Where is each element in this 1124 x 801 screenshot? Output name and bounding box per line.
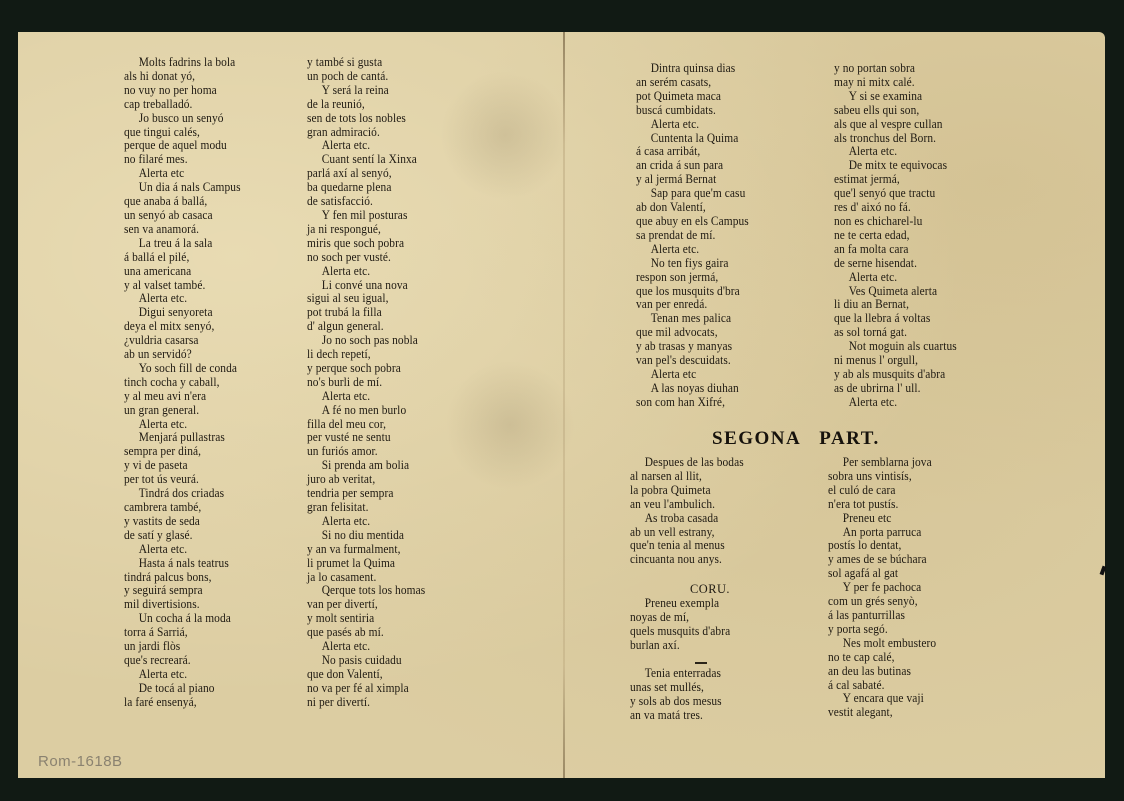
verse-line: Preneu exempla: [630, 597, 730, 611]
verse-line: gran felisitat.: [307, 501, 425, 515]
verse-line: Alerta etc.: [834, 145, 957, 159]
verse-line: y ab als musquits d'abra: [834, 368, 957, 382]
verse-line: de la reunió,: [307, 98, 425, 112]
verse-line: Alerta etc.: [307, 515, 425, 529]
verse-line: noyas de mí,: [630, 611, 730, 625]
verse-line: Alerta etc.: [307, 139, 425, 153]
verse-line: deya el mitx senyó,: [124, 320, 241, 334]
verse-line: la faré ensenyá,: [124, 696, 241, 710]
verse-line: y vi de paseta: [124, 459, 241, 473]
verse-line: miris que soch pobra: [307, 237, 425, 251]
verse-line: y ames de se búchara: [828, 553, 936, 567]
verse-line: y també si gusta: [307, 56, 425, 70]
verse-line: Alerta etc.: [307, 265, 425, 279]
verse-line: una americana: [124, 265, 241, 279]
verse-line: Si prenda am bolia: [307, 459, 425, 473]
verse-line: Molts fadrins la bola: [124, 56, 241, 70]
verse-line: Tenia enterradas: [630, 667, 722, 681]
verse-line: son com han Xifré,: [636, 396, 749, 410]
verse-line: as sol torná gat.: [834, 326, 957, 340]
section-title: SEGONAPART.: [712, 428, 898, 450]
verse-line: pot Quimeta maca: [636, 90, 749, 104]
verse-line: ab un vell estrany,: [630, 526, 744, 540]
verse-line: un poch de cantá.: [307, 70, 425, 84]
verse-line: van per enredá.: [636, 298, 749, 312]
verse-line: sen va anamorá.: [124, 223, 241, 237]
verse-line: de serne hisendat.: [834, 257, 957, 271]
verse-line: y an va furmalment,: [307, 543, 425, 557]
verse-line: Not moguin als cuartus: [834, 340, 957, 354]
verse-line: que pasés ab mí.: [307, 626, 425, 640]
verse-line: no va per fé al ximpla: [307, 682, 425, 696]
verse-line: un senyó ab casaca: [124, 209, 241, 223]
verse-line: A fé no men burlo: [307, 404, 425, 418]
verse-line: cambrera també,: [124, 501, 241, 515]
verse-line: el culó de cara: [828, 484, 936, 498]
verse-line: Qerque tots los homas: [307, 584, 425, 598]
verse-line: perque de aquel modu: [124, 139, 241, 153]
verse-line: La treu á la sala: [124, 237, 241, 251]
verse-line: ab don Valentí,: [636, 201, 749, 215]
show-through-stain: [445, 360, 575, 490]
verse-line: an va matá tres.: [630, 709, 722, 723]
verse-line: y al jermá Bernat: [636, 173, 749, 187]
verse-line: De tocá al piano: [124, 682, 241, 696]
verse-line: d' algun general.: [307, 320, 425, 334]
verse-line: un jardi flòs: [124, 640, 241, 654]
section-title-word-1: SEGONA: [712, 428, 801, 449]
show-through-stain: [440, 70, 570, 200]
verse-line: quels musquits d'abra: [630, 625, 730, 639]
verse-line: Alerta etc.: [636, 118, 749, 132]
catalog-stamp: Rom-1618B: [38, 753, 123, 770]
verse-line: an veu l'ambulich.: [630, 498, 744, 512]
verse-line: li diu an Bernat,: [834, 298, 957, 312]
verse-line: no vuy no per homa: [124, 84, 241, 98]
verse-line: li dech repetí,: [307, 348, 425, 362]
verse-line: sigui al seu igual,: [307, 292, 425, 306]
verse-line: no filaré mes.: [124, 153, 241, 167]
verse-line: ni per divertí.: [307, 696, 425, 710]
verse-line: á las panturrillas: [828, 609, 936, 623]
verse-line: pot trubá la filla: [307, 306, 425, 320]
verse-line: no's burli de mí.: [307, 376, 425, 390]
verse-line: No pasis cuidadu: [307, 654, 425, 668]
verse-line: que la llebra á voltas: [834, 312, 957, 326]
verse-line: Alerta etc.: [834, 396, 957, 410]
verse-line: que's recreará.: [124, 654, 241, 668]
verse-line: n'era tot pustís.: [828, 498, 936, 512]
poem-column-5-final: Tenia enterradasunas set mullés,y sols a…: [630, 667, 722, 723]
verse-line: Alerta etc.: [636, 243, 749, 257]
verse-line: as de ubrirna l' ull.: [834, 382, 957, 396]
verse-line: juro ab veritat,: [307, 473, 425, 487]
verse-line: y ab trasas y manyas: [636, 340, 749, 354]
verse-line: ba quedarne plena: [307, 181, 425, 195]
verse-line: Alerta etc.: [307, 640, 425, 654]
verse-line: van per divertí,: [307, 598, 425, 612]
poem-column-2: y també si gustaun poch de cantá.Y será …: [307, 56, 425, 710]
verse-line: la pobra Quimeta: [630, 484, 744, 498]
verse-line: Si no diu mentida: [307, 529, 425, 543]
verse-line: Un dia á nals Campus: [124, 181, 241, 195]
verse-line: als tronchus del Born.: [834, 132, 957, 146]
verse-line: non es chicharel-lu: [834, 215, 957, 229]
verse-line: an deu las butinas: [828, 665, 936, 679]
verse-line: de satisfacció.: [307, 195, 425, 209]
verse-line: Menjará pullastras: [124, 431, 241, 445]
verse-line: vestit alegant,: [828, 706, 936, 720]
verse-line: Cuntenta la Quima: [636, 132, 749, 146]
verse-line: sa prendat de mí.: [636, 229, 749, 243]
verse-line: á ballá el pilé,: [124, 251, 241, 265]
center-fold-line: [563, 32, 565, 778]
verse-line: que los musquits d'bra: [636, 285, 749, 299]
verse-line: Digui senyoreta: [124, 306, 241, 320]
verse-line: Alerta etc: [636, 368, 749, 382]
verse-line: no soch per vusté.: [307, 251, 425, 265]
verse-line: Alerta etc.: [124, 668, 241, 682]
verse-line: sempra per diná,: [124, 445, 241, 459]
verse-line: estimat jermá,: [834, 173, 957, 187]
verse-line: Cuant sentí la Xinxa: [307, 153, 425, 167]
verse-line: filla del meu cor,: [307, 418, 425, 432]
verse-line: y seguirá sempra: [124, 584, 241, 598]
verse-line: ni menus l' orgull,: [834, 354, 957, 368]
verse-line: que anaba á ballá,: [124, 195, 241, 209]
verse-line: Li convé una nova: [307, 279, 425, 293]
verse-line: ne te certa edad,: [834, 229, 957, 243]
verse-line: De mitx te equivocas: [834, 159, 957, 173]
verse-separator: [695, 662, 707, 664]
verse-line: Y fen mil posturas: [307, 209, 425, 223]
verse-line: ¿vuldria casarsa: [124, 334, 241, 348]
verse-line: sen de tots los nobles: [307, 112, 425, 126]
verse-line: Un cocha á la moda: [124, 612, 241, 626]
verse-line: un gran general.: [124, 404, 241, 418]
verse-line: gran admiració.: [307, 126, 425, 140]
verse-line: res d' aixó no fá.: [834, 201, 957, 215]
chorus-label: CORU.: [690, 582, 730, 597]
verse-line: que abuy en els Campus: [636, 215, 749, 229]
verse-line: Tenan mes palica: [636, 312, 749, 326]
verse-line: sol agafá al gat: [828, 567, 936, 581]
verse-line: que tingui calés,: [124, 126, 241, 140]
section-title-word-2: PART.: [819, 428, 879, 449]
verse-line: que don Valentí,: [307, 668, 425, 682]
verse-line: tendria per sempra: [307, 487, 425, 501]
verse-line: may ni mitx calé.: [834, 76, 957, 90]
verse-line: com un grés senyò,: [828, 595, 936, 609]
verse-line: que mil advocats,: [636, 326, 749, 340]
verse-line: Nes molt embustero: [828, 637, 936, 651]
verse-line: Sap para que'm casu: [636, 187, 749, 201]
verse-line: tinch cocha y caball,: [124, 376, 241, 390]
verse-line: ab un servidó?: [124, 348, 241, 362]
verse-line: Alerta etc.: [124, 418, 241, 432]
verse-line: No ten fiys gaira: [636, 257, 749, 271]
verse-line: á cal sabaté.: [828, 679, 936, 693]
verse-line: ja ni respongué,: [307, 223, 425, 237]
verse-line: y molt sentiria: [307, 612, 425, 626]
verse-line: an crida á sun para: [636, 159, 749, 173]
chorus-verse: Preneu exemplanoyas de mí,quels musquits…: [630, 597, 730, 653]
verse-line: als que al vespre cullan: [834, 118, 957, 132]
verse-line: per tot ús veurá.: [124, 473, 241, 487]
verse-line: Jo busco un senyó: [124, 112, 241, 126]
verse-line: y sols ab dos mesus: [630, 695, 722, 709]
verse-line: un furiós amor.: [307, 445, 425, 459]
verse-line: de satí y glasé.: [124, 529, 241, 543]
verse-line: respon son jermá,: [636, 271, 749, 285]
verse-line: sabeu ells qui son,: [834, 104, 957, 118]
verse-line: y al valset també.: [124, 279, 241, 293]
verse-line: Jo no soch pas nobla: [307, 334, 425, 348]
verse-line: Y será la reina: [307, 84, 425, 98]
poem-column-6: Per semblarna jovasobra uns vintisís,el …: [828, 456, 936, 720]
verse-line: unas set mullés,: [630, 681, 722, 695]
verse-line: mil divertisions.: [124, 598, 241, 612]
verse-line: buscá cumbidats.: [636, 104, 749, 118]
verse-line: Y per fe pachoca: [828, 581, 936, 595]
verse-line: Alerta etc: [124, 167, 241, 181]
verse-line: cap treballadó.: [124, 98, 241, 112]
verse-line: Alerta etc.: [124, 543, 241, 557]
verse-line: Yo soch fill de conda: [124, 362, 241, 376]
verse-line: y perque soch pobra: [307, 362, 425, 376]
verse-line: parlá axí al senyó,: [307, 167, 425, 181]
verse-line: Despues de las bodas: [630, 456, 744, 470]
verse-line: al narsen al llit,: [630, 470, 744, 484]
verse-line: als hi donat yó,: [124, 70, 241, 84]
poem-column-4: y no portan sobramay ni mitx calé.Y si s…: [834, 62, 957, 410]
verse-line: á casa arribát,: [636, 145, 749, 159]
verse-line: Y encara que vaji: [828, 692, 936, 706]
verse-line: Preneu etc: [828, 512, 936, 526]
poem-column-3: Dintra quinsa diasan serém casats,pot Qu…: [636, 62, 749, 410]
verse-line: sobra uns vintisís,: [828, 470, 936, 484]
verse-line: postís lo dentat,: [828, 539, 936, 553]
verse-line: an serém casats,: [636, 76, 749, 90]
verse-line: van pel's descuidats.: [636, 354, 749, 368]
verse-line: y vastits de seda: [124, 515, 241, 529]
verse-line: y porta segó.: [828, 623, 936, 637]
verse-line: que'n tenia al menus: [630, 539, 744, 553]
verse-line: ja lo casament.: [307, 571, 425, 585]
verse-line: torra á Sarriá,: [124, 626, 241, 640]
poem-column-5: Despues de las bodasal narsen al llit,la…: [630, 456, 744, 567]
verse-line: Ves Quimeta alerta: [834, 285, 957, 299]
poem-column-1: Molts fadrins la bolaals hi donat yó,no …: [124, 56, 241, 710]
verse-line: y al meu avi n'era: [124, 390, 241, 404]
verse-line: per vusté ne sentu: [307, 431, 425, 445]
verse-line: A las noyas diuhan: [636, 382, 749, 396]
verse-line: Hasta á nals teatrus: [124, 557, 241, 571]
verse-line: Tindrá dos criadas: [124, 487, 241, 501]
verse-line: burlan axí.: [630, 639, 730, 653]
verse-line: li prumet la Quima: [307, 557, 425, 571]
verse-line: y no portan sobra: [834, 62, 957, 76]
verse-line: Per semblarna jova: [828, 456, 936, 470]
verse-line: que'l senyó que tractu: [834, 187, 957, 201]
verse-line: As troba casada: [630, 512, 744, 526]
verse-line: Y si se examina: [834, 90, 957, 104]
verse-line: An porta parruca: [828, 526, 936, 540]
verse-line: cincuanta nou anys.: [630, 553, 744, 567]
verse-line: tindrá palcus bons,: [124, 571, 241, 585]
verse-line: Dintra quinsa dias: [636, 62, 749, 76]
verse-line: an fa molta cara: [834, 243, 957, 257]
verse-line: no te cap calé,: [828, 651, 936, 665]
verse-line: Alerta etc.: [307, 390, 425, 404]
verse-line: Alerta etc.: [124, 292, 241, 306]
verse-line: Alerta etc.: [834, 271, 957, 285]
